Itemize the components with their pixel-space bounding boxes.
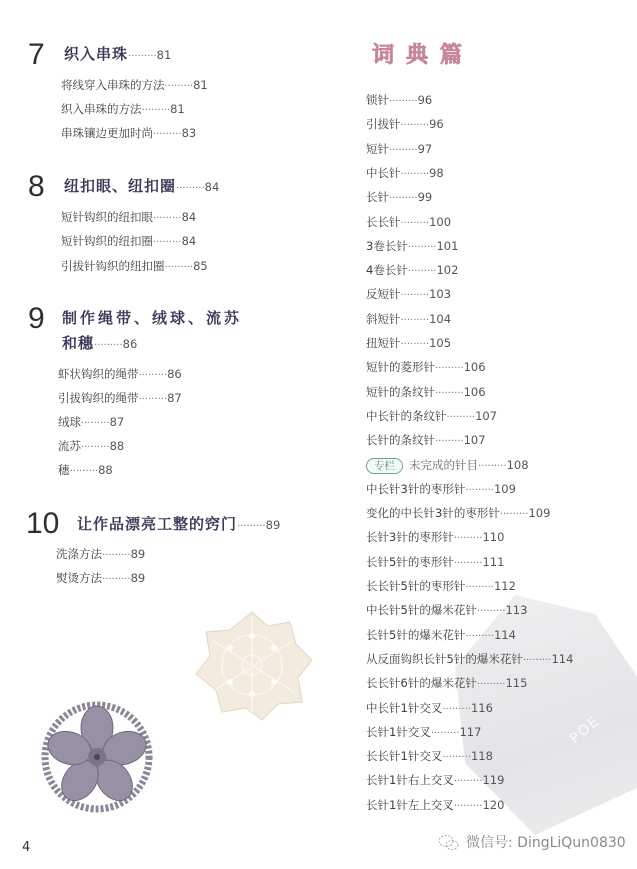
entry-label: 斜短针 [366,312,401,326]
page-ref: 120 [482,798,504,812]
leader-dots: ········· [435,363,464,374]
page-ref: 81 [193,78,208,92]
leader-dots: ········· [477,679,506,690]
leader-dots: ········· [81,418,110,429]
leader-dots: ········· [389,96,418,107]
dictionary-entry[interactable]: 短针·········97 [366,141,432,159]
toc-entry[interactable]: 引拔针钩织的纽扣圈·········85 [61,258,208,276]
page-ref: 86 [167,367,182,381]
chapter-title[interactable]: 制作绳带、绒球、流苏 [62,308,242,328]
leader-dots: ········· [500,509,529,520]
toc-entry[interactable]: 绒球·········87 [58,414,124,432]
chapter-title-text: 和穗 [62,334,94,352]
entry-label: 长长针5针的枣形针 [366,579,465,593]
dictionary-entry[interactable]: 从反面钩织长针5针的爆米花针·········114 [366,651,573,669]
page-ref: 84 [205,180,220,194]
page-ref: 88 [110,439,125,453]
entry-label: 长针1针左上交叉 [366,798,454,812]
page-ref: 81 [170,102,185,116]
toc-entry[interactable]: 将线穿入串珠的方法·········81 [61,77,208,95]
leader-dots: ········· [389,193,418,204]
chapter-number: 9 [28,304,45,334]
toc-entry[interactable]: 洗涤方法·········89 [56,546,145,564]
entry-label: 长针1针右上交叉 [366,773,454,787]
chapter-title[interactable]: 织入串珠·········81 [64,44,171,67]
dictionary-entry[interactable]: 长针1针右上交叉·········119 [366,772,504,790]
leader-dots: ········· [176,183,205,194]
dictionary-entry[interactable]: 反短针·········103 [366,286,451,304]
entry-label: 长针 [366,190,389,204]
leader-dots: ········· [102,574,131,585]
leader-dots: ········· [94,340,123,351]
chapter-title-text: 织入串珠 [64,45,128,63]
entry-label: 长针5针的爆米花针 [366,628,465,642]
entry-label: 长针5针的枣形针 [366,555,454,569]
page-ref: 96 [418,93,433,107]
page-ref: 119 [482,773,504,787]
entry-label: 虾状钩织的绳带 [58,367,139,381]
leader-dots: ········· [165,262,194,273]
leader-dots: ········· [478,461,507,472]
entry-label: 从反面钩织长针5针的爆米花针 [366,652,523,666]
dictionary-entry[interactable]: 长针1针交叉·········117 [366,724,481,742]
entry-label: 长针的条纹针 [366,433,435,447]
page-ref: 108 [507,458,529,472]
dictionary-entry[interactable]: 斜短针·········104 [366,311,451,329]
entry-label: 串珠镶边更加时尚 [61,126,153,140]
wechat-watermark: 微信号: DingLiQun0830 [438,832,626,852]
toc-entry[interactable]: 穗·········88 [58,462,113,480]
toc-entry[interactable]: 引拔钩织的绳带·········87 [58,390,182,408]
leader-dots: ········· [237,521,266,532]
page-ref: 96 [429,117,444,131]
leader-dots: ········· [401,218,430,229]
page-ref: 100 [429,215,451,229]
page-ref: 88 [98,463,113,477]
entry-label: 3卷长针 [366,239,408,253]
wechat-id-text: 微信号: DingLiQun0830 [466,835,626,851]
page-ref: 114 [551,652,573,666]
page-number: 4 [22,840,30,855]
entry-label: 引拔针钩织的纽扣圈 [61,259,165,273]
entry-label: 熨烫方法 [56,571,102,585]
entry-label: 中长针 [366,166,401,180]
entry-label: 变化的中长针3针的枣形针 [366,506,500,520]
page-ref: 102 [436,263,458,277]
leader-dots: ········· [465,582,494,593]
dictionary-entry[interactable]: 长针5针的爆米花针·········114 [366,627,516,645]
dictionary-entry[interactable]: 锁针·········96 [366,92,432,110]
leader-dots: ········· [401,339,430,350]
toc-entry[interactable]: 织入串珠的方法·········81 [61,101,185,119]
dictionary-section-title: 词典篇 [372,38,474,69]
dictionary-entry[interactable]: 长长针·········100 [366,214,451,232]
dictionary-entry[interactable]: 长长针6针的爆米花针·········115 [366,675,527,693]
entry-label: 4卷长针 [366,263,408,277]
crochet-doily-image [190,608,315,723]
entry-label: 短针 [366,142,389,156]
page-ref: 106 [464,360,486,374]
entry-label: 织入串珠的方法 [61,102,142,116]
page-ref: 103 [429,287,451,301]
chapter-title-text: 让作品漂亮工整的窍门 [77,515,237,533]
leader-dots: ········· [454,558,483,569]
dictionary-entry[interactable]: 扭短针·········105 [366,335,451,353]
entry-label: 长针1针交叉 [366,725,431,739]
entry-label: 短针的菱形针 [366,360,435,374]
dictionary-entry[interactable]: 中长针3针的枣形针·········109 [366,481,516,499]
leader-dots: ········· [447,412,476,423]
leader-dots: ········· [408,266,437,277]
leader-dots: ········· [401,315,430,326]
dictionary-entry[interactable]: 中长针5针的爆米花针·········113 [366,602,527,620]
dictionary-entry[interactable]: 长长针1针交叉·········118 [366,748,493,766]
page-ref: 99 [418,190,433,204]
chapter-title[interactable]: 纽扣眼、纽扣圈·········84 [64,176,219,199]
leader-dots: ········· [442,752,471,763]
page-ref: 107 [475,409,497,423]
leader-dots: ········· [454,801,483,812]
dictionary-entry[interactable]: 长针1针左上交叉·········120 [366,797,504,815]
leader-dots: ········· [70,466,99,477]
page-ref: 115 [505,676,527,690]
toc-entry[interactable]: 熨烫方法·········89 [56,570,145,588]
toc-entry[interactable]: 串珠镶边更加时尚·········83 [61,125,196,143]
page-ref: 89 [131,547,146,561]
leader-dots: ········· [408,242,437,253]
entry-label: 引拔针 [366,117,401,131]
entry-label: 短针的条纹针 [366,385,435,399]
entry-label: 流苏 [58,439,81,453]
leader-dots: ········· [454,776,483,787]
dictionary-entry[interactable]: 中长针的条纹针·········107 [366,408,497,426]
page-ref: 114 [494,628,516,642]
page-ref: 116 [471,701,493,715]
chapter-title-text: 纽扣眼、纽扣圈 [64,177,176,195]
page-ref: 107 [464,433,486,447]
page-ref: 87 [167,391,182,405]
leader-dots: ········· [139,394,168,405]
wechat-icon [438,834,460,852]
leader-dots: ········· [128,51,157,62]
leader-dots: ········· [465,485,494,496]
page-ref: 97 [418,142,433,156]
dictionary-entry[interactable]: 长针的条纹针·········107 [366,432,486,450]
page-ref: 105 [429,336,451,350]
entry-label: 扭短针 [366,336,401,350]
entry-label: 引拔钩织的绳带 [58,391,139,405]
page-ref: 112 [494,579,516,593]
page-ref: 89 [131,571,146,585]
dictionary-entry[interactable]: 短针的条纹针·········106 [366,384,486,402]
dictionary-entry[interactable]: 引拔针·········96 [366,116,444,134]
entry-label: 洗涤方法 [56,547,102,561]
page-ref: 84 [182,234,197,248]
entry-label: 长长针 [366,215,401,229]
page-ref: 86 [123,337,138,351]
page-ref: 87 [110,415,125,429]
leader-dots: ········· [465,631,494,642]
dictionary-entry[interactable]: 变化的中长针3针的枣形针·········109 [366,505,550,523]
entry-label: 中长针3针的枣形针 [366,482,465,496]
page-ref: 110 [482,530,504,544]
page-ref: 109 [528,506,550,520]
page-ref: 104 [429,312,451,326]
column-badge: 专栏 [366,458,403,474]
dictionary-entry[interactable]: 长针5针的枣形针·········111 [366,554,504,572]
chapter-title-text: 制作绳带、绒球、流苏 [62,309,242,327]
dictionary-entry[interactable]: 长长针5针的枣形针·········112 [366,578,516,596]
page-ref: 117 [459,725,481,739]
dictionary-entry[interactable]: 短针的菱形针·········106 [366,359,486,377]
leader-dots: ········· [477,606,506,617]
leader-dots: ········· [401,120,430,131]
dictionary-entry[interactable]: 长针·········99 [366,189,432,207]
leader-dots: ········· [435,388,464,399]
entry-label: 锁针 [366,93,389,107]
page-ref: 98 [429,166,444,180]
leader-dots: ········· [153,237,182,248]
page-ref: 101 [436,239,458,253]
page-ref: 81 [157,48,172,62]
chapter-number: 7 [28,40,45,70]
leader-dots: ········· [435,436,464,447]
page-ref: 84 [182,210,197,224]
page-ref: 106 [464,385,486,399]
chapter-title-continued[interactable]: 和穗·········86 [62,333,137,356]
leader-dots: ········· [142,105,171,116]
toc-entry[interactable]: 短针钩织的纽扣眼·········84 [61,209,196,227]
leader-dots: ········· [454,533,483,544]
page-ref: 118 [471,749,493,763]
leader-dots: ········· [401,290,430,301]
entry-label: 短针钩织的纽扣眼 [61,210,153,224]
entry-label: 短针钩织的纽扣圈 [61,234,153,248]
chapter-title[interactable]: 让作品漂亮工整的窍门·········89 [77,514,280,537]
leader-dots: ········· [523,655,552,666]
leader-dots: ········· [401,169,430,180]
leader-dots: ········· [81,442,110,453]
dictionary-entry[interactable]: 中长针1针交叉·········116 [366,700,493,718]
page-ref: 113 [505,603,527,617]
leader-dots: ········· [139,370,168,381]
leader-dots: ········· [431,728,460,739]
entry-label: 长长针1针交叉 [366,749,442,763]
entry-label: 中长针1针交叉 [366,701,442,715]
entry-label: 中长针5针的爆米花针 [366,603,477,617]
entry-label: 绒球 [58,415,81,429]
entry-label: 穗 [58,463,70,477]
entry-label: 长针3针的枣形针 [366,530,454,544]
page-ref: 89 [266,518,281,532]
crochet-flower-image [40,700,155,815]
dictionary-entry[interactable]: 3卷长针·········101 [366,238,458,256]
dictionary-entry[interactable]: 中长针·········98 [366,165,444,183]
entry-label: 反短针 [366,287,401,301]
toc-entry[interactable]: 虾状钩织的绳带·········86 [58,366,182,384]
dictionary-entry[interactable]: 长针3针的枣形针·········110 [366,529,504,547]
leader-dots: ········· [442,704,471,715]
entry-label: 未完成的针目 [409,458,478,472]
chapter-number: 8 [28,172,45,202]
leader-dots: ········· [153,129,182,140]
toc-entry[interactable]: 流苏·········88 [58,438,124,456]
entry-label: 中长针的条纹针 [366,409,447,423]
entry-label: 长长针6针的爆米花针 [366,676,477,690]
dictionary-entry[interactable]: 专栏未完成的针目·········108 [366,457,529,475]
dictionary-entry[interactable]: 4卷长针·········102 [366,262,458,280]
leader-dots: ········· [153,213,182,224]
toc-entry[interactable]: 短针钩织的纽扣圈·········84 [61,233,196,251]
page-ref: 85 [193,259,208,273]
page-ref: 109 [494,482,516,496]
leader-dots: ········· [102,550,131,561]
chapter-number: 10 [26,509,59,539]
page-ref: 111 [482,555,504,569]
page-ref: 83 [182,126,197,140]
leader-dots: ········· [389,145,418,156]
entry-label: 将线穿入串珠的方法 [61,78,165,92]
leader-dots: ········· [165,81,194,92]
